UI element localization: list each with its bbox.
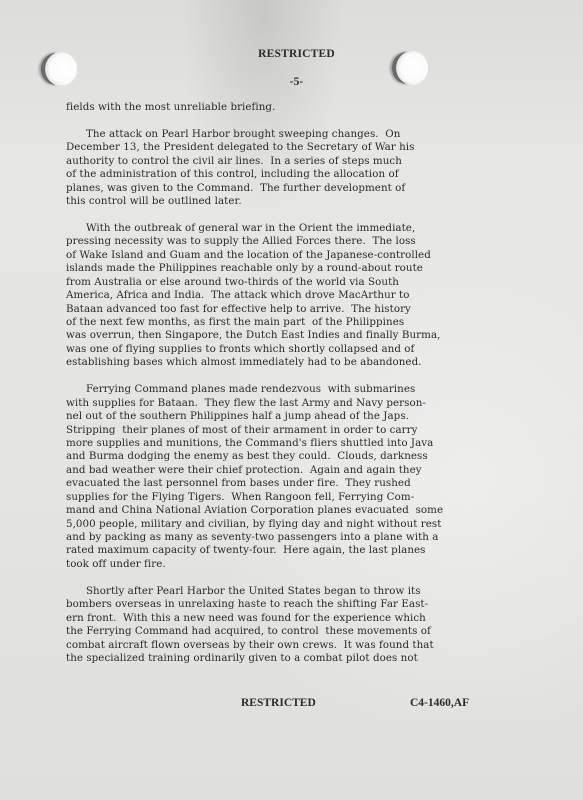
text-line: took off under fire. (66, 558, 546, 571)
document-page: RESTRICTED -5- fields with the most unre… (0, 0, 583, 800)
footer-classification: RESTRICTED (241, 697, 316, 709)
text-line: Shortly after Pearl Harbor the United St… (66, 585, 546, 598)
text-line: The attack on Pearl Harbor brought sweep… (66, 128, 546, 141)
text-line: mand and China National Aviation Corpora… (66, 504, 546, 517)
text-line: pressing necessity was to supply the All… (66, 235, 546, 248)
body-text: fields with the most unreliable briefing… (66, 101, 546, 665)
text-line: combat aircraft flown overseas by their … (66, 639, 546, 652)
text-line: 5,000 people, military and civilian, by … (66, 518, 546, 531)
paragraph: With the outbreak of general war in the … (66, 222, 546, 370)
text-line: islands made the Philippines reachable o… (66, 262, 546, 275)
text-line: nel out of the southern Philippines half… (66, 410, 546, 423)
text-line: bombers overseas in unrelaxing haste to … (66, 598, 546, 611)
text-line: with supplies for Bataan. They flew the … (66, 397, 546, 410)
text-line: this control will be outlined later. (66, 195, 546, 208)
text-line: and by packing as many as seventy-two pa… (66, 531, 546, 544)
text-line: Bataan advanced too fast for effective h… (66, 303, 546, 316)
text-line: With the outbreak of general war in the … (66, 222, 546, 235)
text-line: planes, was given to the Command. The fu… (66, 182, 546, 195)
paragraph: Shortly after Pearl Harbor the United St… (66, 585, 546, 666)
text-line: of Wake Island and Guam and the location… (66, 249, 546, 262)
text-line: authority to control the civil air lines… (66, 155, 546, 168)
header-classification: RESTRICTED (0, 48, 583, 60)
paragraph: fields with the most unreliable briefing… (66, 101, 546, 114)
text-line: of the administration of this control, i… (66, 168, 546, 181)
text-line: was overrun, then Singapore, the Dutch E… (66, 329, 546, 342)
text-line: evacuated the last personnel from bases … (66, 477, 546, 490)
text-line: establishing bases which almost immediat… (66, 356, 546, 369)
text-line: America, Africa and India. The attack wh… (66, 289, 546, 302)
text-line: supplies for the Flying Tigers. When Ran… (66, 491, 546, 504)
text-line: was one of flying supplies to fronts whi… (66, 343, 546, 356)
document-code: C4-1460,AF (410, 697, 469, 709)
paragraph: Ferrying Command planes made rendezvous … (66, 383, 546, 571)
text-line: of the next few months, as first the mai… (66, 316, 546, 329)
text-line: the specialized training ordinarily give… (66, 652, 546, 665)
text-line: fields with the most unreliable briefing… (66, 101, 546, 114)
text-line: December 13, the President delegated to … (66, 141, 546, 154)
text-line: more supplies and munitions, the Command… (66, 437, 546, 450)
text-line: Stripping their planes of most of their … (66, 424, 546, 437)
text-line: ern front. With this a new need was foun… (66, 612, 546, 625)
text-line: and bad weather were their chief protect… (66, 464, 546, 477)
text-line: and Burma dodging the enemy as best they… (66, 450, 546, 463)
text-line: the Ferrying Command had acquired, to co… (66, 625, 546, 638)
text-line: rated maximum capacity of twenty-four. H… (66, 544, 546, 557)
text-line: Ferrying Command planes made rendezvous … (66, 383, 546, 396)
paragraph: The attack on Pearl Harbor brought sweep… (66, 128, 546, 209)
text-line: from Australia or else around two-thirds… (66, 276, 546, 289)
page-number: -5- (0, 76, 583, 88)
